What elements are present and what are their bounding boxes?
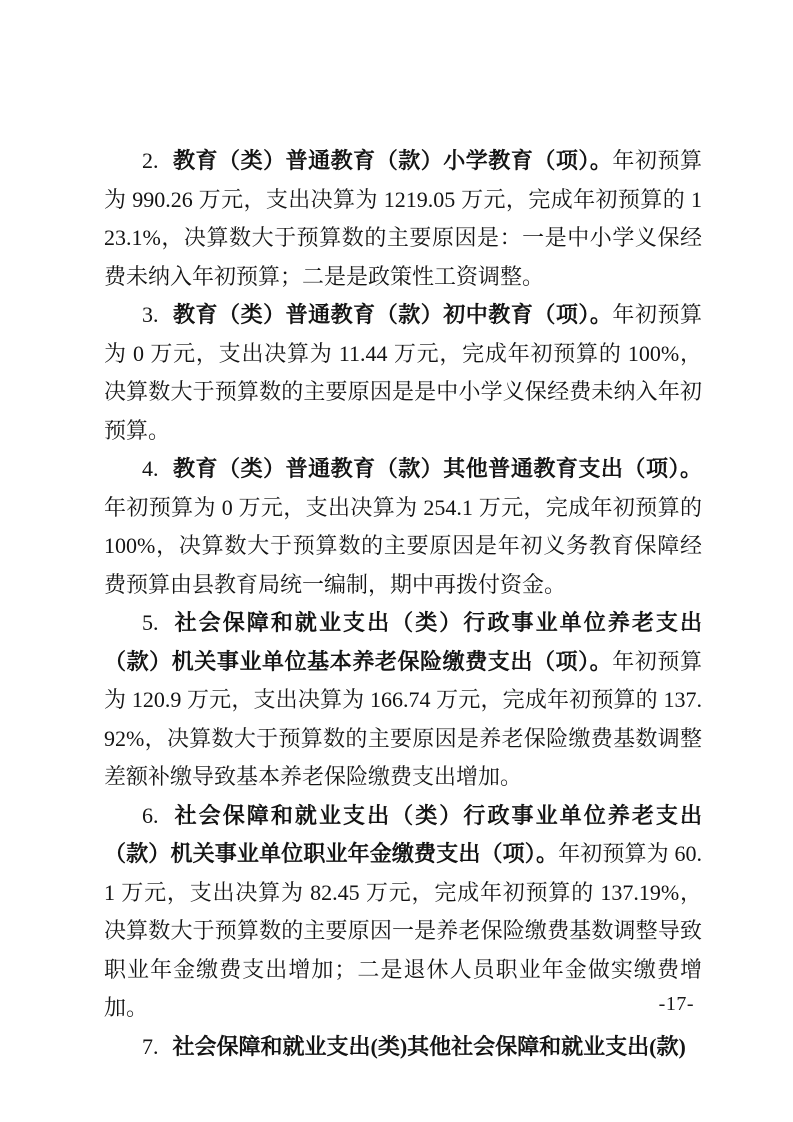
paragraph-body: 年初预算为 60.1 万元，支出决算为 82.45 万元，完成年初预算的 137… [104, 841, 702, 1020]
document-body: 2.教育（类）普通教育（款）小学教育（项）。年初预算为 990.26 万元，支出… [104, 142, 702, 1066]
paragraph-heading: 教育（类）普通教育（款）其他普通教育支出（项）。 [173, 456, 703, 481]
paragraph-body: 年初预算为 0 万元，支出决算为 254.1 万元，完成年初预算的 100%，决… [104, 495, 702, 597]
paragraph-number: 7. [142, 1034, 159, 1059]
paragraph-3-junior-high-education: 3.教育（类）普通教育（款）初中教育（项）。年初预算为 0 万元，支出决算为 1… [104, 296, 702, 450]
page-number: -17- [659, 993, 694, 1015]
paragraph-heading: 社会保障和就业支出(类)其他社会保障和就业支出(款) [173, 1034, 686, 1059]
paragraph-number: 5. [142, 610, 159, 635]
paragraph-7-other-social-security: 7.社会保障和就业支出(类)其他社会保障和就业支出(款) [104, 1028, 702, 1067]
paragraph-number: 2. [142, 148, 159, 173]
paragraph-heading: 教育（类）普通教育（款）初中教育（项）。 [173, 302, 613, 327]
paragraph-2-primary-education: 2.教育（类）普通教育（款）小学教育（项）。年初预算为 990.26 万元，支出… [104, 142, 702, 296]
paragraph-number: 3. [142, 302, 159, 327]
paragraph-6-occupational-annuity: 6.社会保障和就业支出（类）行政事业单位养老支出（款）机关事业单位职业年金缴费支… [104, 797, 702, 1028]
paragraph-4-other-general-education: 4.教育（类）普通教育（款）其他普通教育支出（项）。年初预算为 0 万元，支出决… [104, 450, 702, 604]
document-page: 2.教育（类）普通教育（款）小学教育（项）。年初预算为 990.26 万元，支出… [0, 0, 793, 1122]
paragraph-number: 4. [142, 456, 159, 481]
paragraph-number: 6. [142, 803, 159, 828]
paragraph-5-basic-pension-contribution: 5.社会保障和就业支出（类）行政事业单位养老支出（款）机关事业单位基本养老保险缴… [104, 604, 702, 797]
paragraph-heading: 教育（类）普通教育（款）小学教育（项）。 [173, 148, 613, 173]
